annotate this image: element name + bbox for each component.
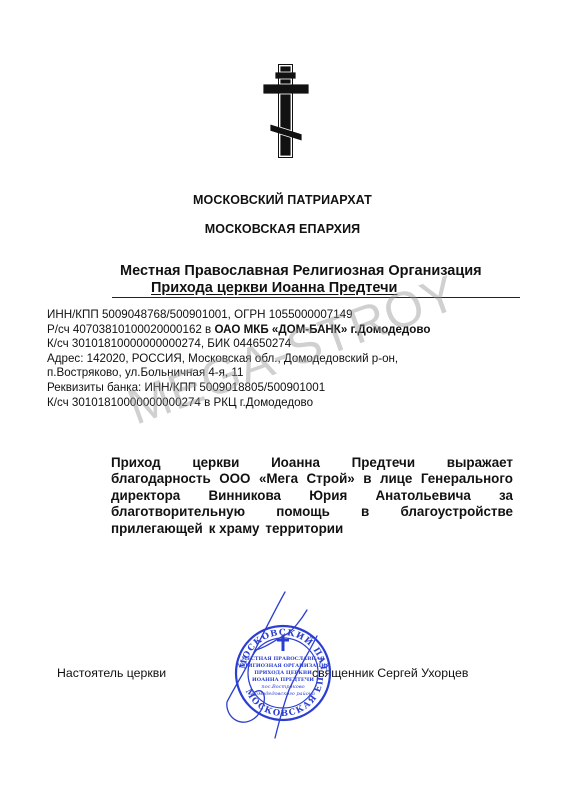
word: выражает: [447, 455, 513, 471]
svg-text:пос.Востряково: пос.Востряково: [261, 684, 304, 690]
word: директора: [111, 488, 180, 504]
svg-text:ПРИХОДА ЦЕРКВИ: ПРИХОДА ЦЕРКВИ: [254, 670, 312, 676]
orthodox-cross-icon: [261, 64, 311, 160]
word: территории: [265, 521, 343, 536]
word: Иоанна: [271, 455, 320, 471]
header-eparchy: МОСКОВСКАЯ ЕПАРХИЯ: [0, 222, 565, 236]
word: Генерального: [421, 471, 513, 487]
body-line-5: прилегающейк храмутерритории: [111, 521, 513, 537]
word: Винникова: [208, 488, 281, 504]
church-seal-stamp-icon: МОСКОВСКИЙ ПАТРИАРХАТ МОСКОВСКАЯ ЕПАРХИЯ…: [225, 590, 375, 760]
word: благотворительную: [111, 504, 245, 520]
word: Анатольевича: [375, 488, 470, 504]
word: благодарность: [111, 471, 211, 487]
word: Предтечи: [352, 455, 415, 471]
word: «Мега: [259, 471, 298, 487]
body-line-1: Приход церкви Иоанна Предтечи выражает: [111, 455, 513, 471]
word: ООО: [219, 471, 250, 487]
word: к храму: [209, 521, 260, 536]
word: лице: [380, 471, 412, 487]
word: Юрия: [309, 488, 347, 504]
body-line-4: благотворительную помощь в благоустройст…: [111, 504, 513, 520]
header-patriarchate: МОСКОВСКИЙ ПАТРИАРХАТ: [0, 193, 565, 207]
svg-text:РЕЛИГИОЗНАЯ ОРГАНИЗАЦИЯ: РЕЛИГИОЗНАЯ ОРГАНИЗАЦИЯ: [236, 663, 331, 669]
word: в: [361, 504, 369, 520]
gratitude-text: Приход церкви Иоанна Предтечи выражает б…: [111, 455, 513, 537]
word: прилегающей: [111, 521, 203, 536]
svg-text:ИОАННА ПРЕДТЕЧИ: ИОАННА ПРЕДТЕЧИ: [252, 677, 314, 683]
word: в: [363, 471, 371, 487]
word: Приход: [111, 455, 161, 471]
word: церкви: [192, 455, 239, 471]
signatory-title: Настоятель церкви: [57, 666, 166, 680]
header-divider: [112, 297, 520, 298]
body-line-3: директора Винникова Юрия Анатольевича за: [111, 488, 513, 504]
word: благоустройстве: [400, 504, 513, 520]
word: Строй»: [306, 471, 354, 487]
word: за: [499, 488, 513, 504]
body-line-2: благодарность ООО «Мега Строй» в лице Ге…: [111, 471, 513, 487]
svg-text:Домодедовского района: Домодедовского района: [250, 691, 315, 697]
svg-text:МЕСТНАЯ ПРАВОСЛАВНАЯ: МЕСТНАЯ ПРАВОСЛАВНАЯ: [241, 656, 325, 662]
word: помощь: [276, 504, 330, 520]
